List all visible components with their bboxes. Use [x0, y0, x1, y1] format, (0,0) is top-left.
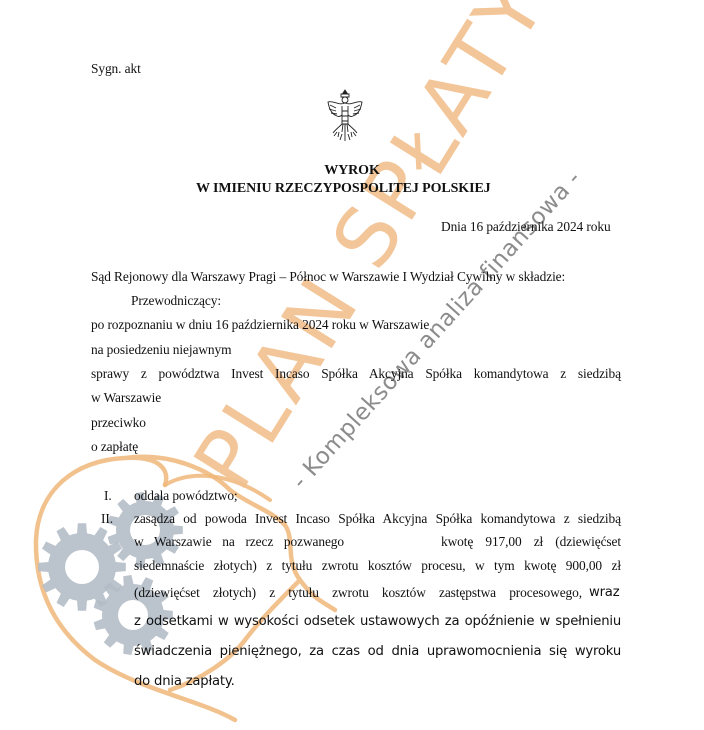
hearing-info: po rozpoznaniu w dniu 16 października 20… — [91, 317, 429, 333]
against-label: przeciwko — [91, 415, 146, 431]
ruling-number: II. — [101, 511, 113, 527]
judgment-title: WYROK — [0, 163, 704, 179]
ruling-text-line: (dziewięćset złotych) z tytułu zwrotu ko… — [134, 585, 582, 601]
ruling-text-line: do dnia zapłaty. — [134, 674, 235, 689]
ruling-text-line: w Warszawie na rzecz pozwanego — [134, 534, 344, 550]
ruling-text-line: wraz — [589, 585, 619, 600]
judgment-subtitle: W IMIENIU RZECZYPOSPOLITEJ POLSKIEJ — [196, 181, 491, 197]
ruling-text-line: kwotę 917,00 zł (dziewięćset — [441, 534, 621, 550]
ruling-text-line: siedemnaście złotych) z tytułu zwrotu ko… — [134, 558, 621, 574]
case-parties-line-2: w Warszawie — [91, 390, 161, 406]
case-parties-line-1: sprawy z powództwa Invest Incaso Spółka … — [91, 366, 621, 382]
ruling-text-line: zasądza od powoda Invest Incaso Spółka A… — [134, 511, 621, 527]
ruling-text: oddala powództwo; — [134, 488, 238, 504]
ruling-text-line: z odsetkami w wysokości odsetek ustawowy… — [134, 614, 621, 629]
court-composition: Sąd Rejonowy dla Warszawy Pragi – Północ… — [91, 269, 565, 285]
ruling-text-line: świadczenia pieniężnego, za czas od dnia… — [134, 644, 621, 659]
document-page: PLAN SPŁATY - Kompleksowa analiza finans… — [0, 0, 704, 730]
ruling-number: I. — [104, 488, 112, 504]
case-subject: o zapłatę — [91, 439, 138, 455]
session-type: na posiedzeniu niejawnym — [91, 342, 231, 358]
case-signature-label: Sygn. akt — [91, 61, 141, 77]
judgment-date: Dnia 16 października 2024 roku — [441, 219, 611, 235]
presiding-judge-label: Przewodniczący: — [131, 293, 221, 309]
